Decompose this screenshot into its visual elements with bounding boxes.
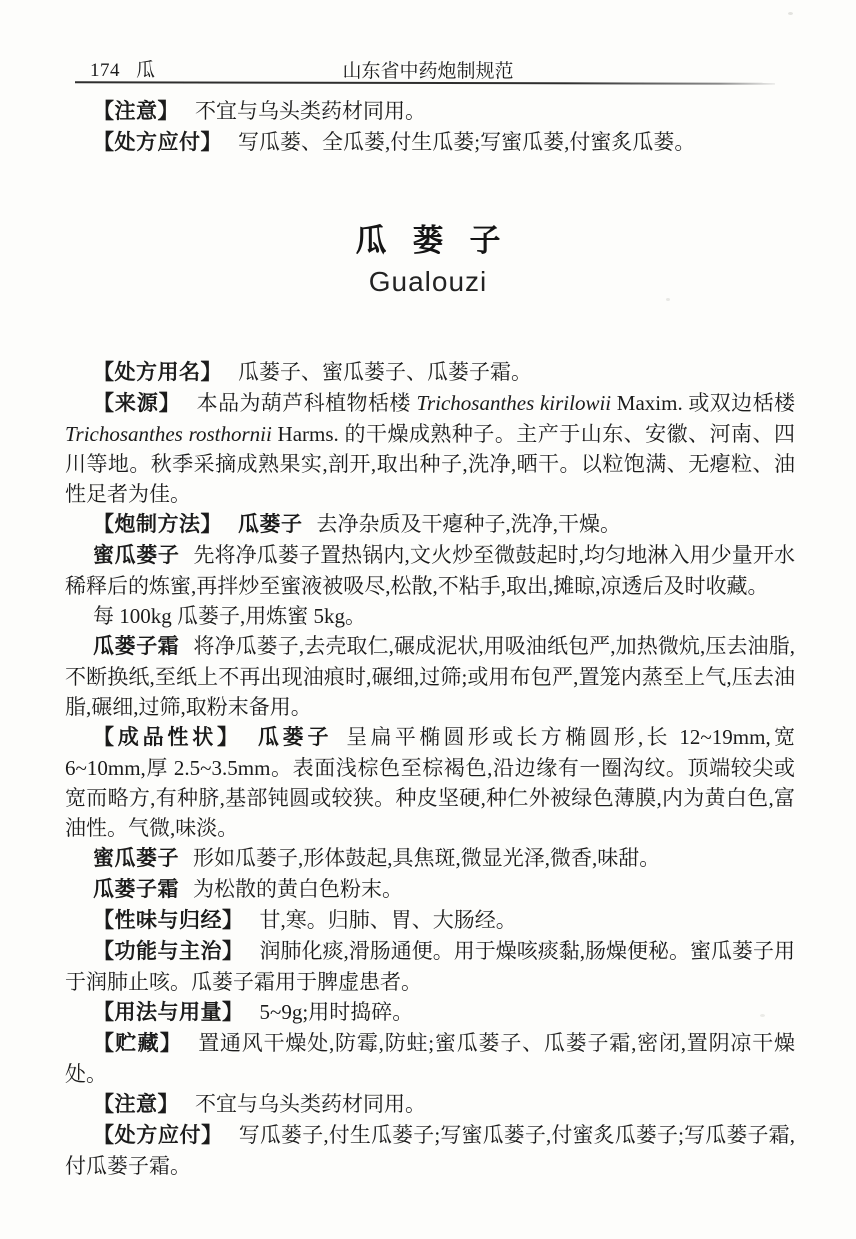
text-segment: 不宜与乌头类药材同用。 xyxy=(195,99,426,123)
section-label: 【贮藏】 xyxy=(93,1032,182,1055)
para-prev-notice: 【注意】不宜与乌头类药材同用。 xyxy=(65,96,795,127)
para-processing-frost: 瓜蒌子霜将净瓜蒌子,去壳取仁,碾成泥状,用吸油纸包严,加热微炕,压去油脂,不断换… xyxy=(65,631,795,722)
para-storage: 【贮藏】置通风干燥处,防霉,防蛀;蜜瓜蒌子、瓜蒌子霜,密闭,置阴凉干燥处。 xyxy=(65,1028,795,1089)
section-label: 【用法与用量】 xyxy=(93,1001,244,1024)
para-characteristics-frost: 瓜蒌子霜为松散的黄白色粉末。 xyxy=(65,874,795,905)
section-label: 【来源】 xyxy=(93,392,181,415)
latin-botanical-name: Trichosanthes rosthornii xyxy=(65,422,272,446)
text-segment: Maxim. 或双边栝楼 xyxy=(611,391,795,415)
subproduct-name: 瓜蒌子 xyxy=(238,513,303,536)
para-prescription-names: 【处方用名】瓜蒌子、蜜瓜蒌子、瓜蒌子霜。 xyxy=(65,357,795,388)
previous-entry: 【注意】不宜与乌头类药材同用。【处方应付】写瓜蒌、全瓜蒌,付生瓜蒌;写蜜瓜蒌,付… xyxy=(65,96,795,158)
section-label: 【功能与主治】 xyxy=(93,940,244,963)
header-rule xyxy=(75,81,775,84)
book-title: 山东省中药炮制规范 xyxy=(342,56,513,83)
entry-pinyin: Gualouzi xyxy=(0,266,856,298)
para-dispensing: 【处方应付】写瓜蒌子,付生瓜蒌子;写蜜瓜蒌子,付蜜炙瓜蒌子;写瓜蒌子霜,付瓜蒌子… xyxy=(65,1120,795,1181)
para-source: 【来源】本品为葫芦科植物栝楼 Trichosanthes kirilowii M… xyxy=(65,388,795,509)
section-label: 【处方应付】 xyxy=(93,1124,223,1147)
page-header-left: 174瓜 xyxy=(90,55,156,82)
section-label: 【炮制方法】 xyxy=(93,513,222,536)
section-label: 【性味与归经】 xyxy=(93,909,244,932)
entry-body: 【处方用名】瓜蒌子、蜜瓜蒌子、瓜蒌子霜。【来源】本品为葫芦科植物栝楼 Trich… xyxy=(65,357,795,1181)
para-taste-meridian: 【性味与归经】甘,寒。归肺、胃、大肠经。 xyxy=(65,905,795,936)
subproduct-name: 瓜蒌子 xyxy=(258,726,332,749)
scan-speck xyxy=(760,1014,765,1017)
text-segment: 每 100kg 瓜蒌子,用炼蜜 5kg。 xyxy=(93,604,366,628)
subproduct-name: 蜜瓜蒌子 xyxy=(93,544,179,567)
subproduct-name: 瓜蒌子霜 xyxy=(93,878,179,901)
latin-botanical-name: Trichosanthes kirilowii xyxy=(416,391,611,415)
para-honey-ratio: 每 100kg 瓜蒌子,用炼蜜 5kg。 xyxy=(65,601,795,631)
para-processing-honey: 蜜瓜蒌子先将净瓜蒌子置热锅内,文火炒至微鼓起时,均匀地淋入用少量开水稀释后的炼蜜… xyxy=(65,540,795,601)
text-segment: 写瓜蒌、全瓜蒌,付生瓜蒌;写蜜瓜蒌,付蜜炙瓜蒌。 xyxy=(238,130,695,154)
para-dosage: 【用法与用量】5~9g;用时捣碎。 xyxy=(65,997,795,1028)
page-number: 174 xyxy=(90,60,120,81)
text-segment: 5~9g;用时捣碎。 xyxy=(260,1000,414,1024)
text-segment: 甘,寒。归肺、胃、大肠经。 xyxy=(260,908,517,932)
para-processing-raw: 【炮制方法】瓜蒌子去净杂质及干瘪种子,洗净,干燥。 xyxy=(65,509,795,540)
section-label: 【注意】 xyxy=(93,100,179,123)
subproduct-name: 瓜蒌子霜 xyxy=(93,635,179,658)
text-segment: 形如瓜蒌子,形体鼓起,具焦斑,微显光泽,微香,味甜。 xyxy=(193,846,660,870)
section-label: 【成品性状】 xyxy=(93,726,242,749)
text-segment: 本品为葫芦科植物栝楼 xyxy=(197,391,417,415)
text-segment: 瓜蒌子、蜜瓜蒌子、瓜蒌子霜。 xyxy=(238,360,532,384)
section-label: 【处方应付】 xyxy=(93,131,222,154)
chapter-label: 瓜 xyxy=(136,60,156,81)
text-segment: 不宜与乌头类药材同用。 xyxy=(195,1092,426,1116)
text-segment: 去净杂质及干瘪种子,洗净,干燥。 xyxy=(317,512,622,536)
section-label: 【注意】 xyxy=(93,1093,179,1116)
para-characteristics: 【成品性状】瓜蒌子呈扁平椭圆形或长方椭圆形,长 12~19mm,宽 6~10mm… xyxy=(65,722,795,843)
para-notice: 【注意】不宜与乌头类药材同用。 xyxy=(65,1089,795,1120)
entry-title: 瓜蒌子 xyxy=(0,222,856,260)
scan-speck xyxy=(788,12,793,15)
para-functions: 【功能与主治】润肺化痰,滑肠通便。用于燥咳痰黏,肠燥便秘。蜜瓜蒌子用于润肺止咳。… xyxy=(65,936,795,997)
para-prev-dispensing: 【处方应付】写瓜蒌、全瓜蒌,付生瓜蒌;写蜜瓜蒌,付蜜炙瓜蒌。 xyxy=(65,127,795,158)
scan-speck xyxy=(666,298,670,301)
text-segment: 为松散的黄白色粉末。 xyxy=(193,877,403,901)
book-page: 174瓜 山东省中药炮制规范 【注意】不宜与乌头类药材同用。【处方应付】写瓜蒌、… xyxy=(0,0,856,1239)
section-label: 【处方用名】 xyxy=(93,361,222,384)
para-characteristics-honey: 蜜瓜蒌子形如瓜蒌子,形体鼓起,具焦斑,微显光泽,微香,味甜。 xyxy=(65,843,795,874)
subproduct-name: 蜜瓜蒌子 xyxy=(93,847,179,870)
